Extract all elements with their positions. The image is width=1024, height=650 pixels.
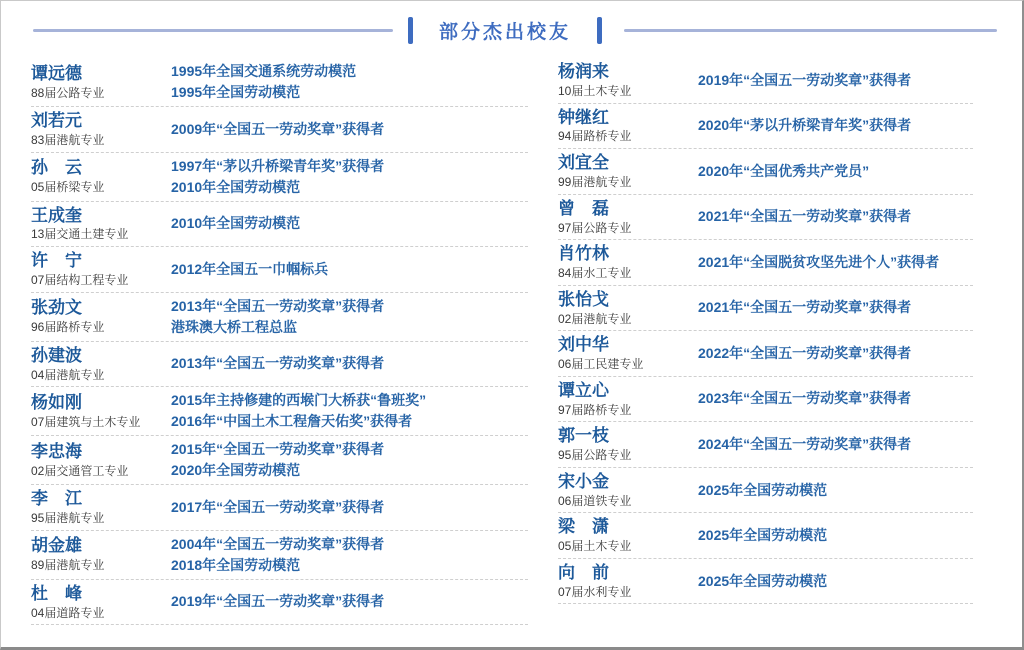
alumni-identity: 张怡戈 02届港航专业 bbox=[558, 289, 698, 328]
alumni-class-major: 07届水利专业 bbox=[558, 585, 698, 601]
achievement-line: 1995年全国劳动模范 bbox=[171, 82, 528, 103]
alumni-class-major: 97届公路专业 bbox=[558, 221, 698, 237]
achievement-line: 2019年“全国五一劳动奖章”获得者 bbox=[171, 591, 528, 612]
alumni-identity: 向 前 07届水利专业 bbox=[558, 562, 698, 601]
alumni-achievements: 2009年“全国五一劳动奖章”获得者 bbox=[171, 119, 528, 140]
alumni-identity: 李忠海 02届交通管工专业 bbox=[31, 441, 171, 480]
alumni-class-major: 07届结构工程专业 bbox=[31, 273, 171, 289]
achievement-line: 2020年“茅以升桥梁青年奖”获得者 bbox=[698, 115, 973, 136]
alumni-achievements: 2012年全国五一巾帼标兵 bbox=[171, 259, 528, 280]
alumni-achievements: 2004年“全国五一劳动奖章”获得者2018年全国劳动模范 bbox=[171, 534, 528, 576]
alumni-class-major: 94届路桥专业 bbox=[558, 129, 698, 145]
header-bar-left bbox=[408, 17, 413, 44]
alumni-identity: 钟继红 94届路桥专业 bbox=[558, 107, 698, 146]
alumni-entry: 杨如刚 07届建筑与土木专业 2015年主持修建的西堠门大桥获“鲁班奖”2016… bbox=[31, 387, 528, 436]
alumni-class-major: 05届土木专业 bbox=[558, 539, 698, 555]
alumni-achievements: 2024年“全国五一劳动奖章”获得者 bbox=[698, 434, 973, 455]
alumni-name: 宋小金 bbox=[558, 471, 698, 494]
alumni-name: 杜 峰 bbox=[31, 583, 171, 606]
achievement-line: 2010年全国劳动模范 bbox=[171, 213, 528, 234]
alumni-achievements: 2020年“茅以升桥梁青年奖”获得者 bbox=[698, 115, 973, 136]
alumni-page: 部分杰出校友 谭远德 88届公路专业 1995年全国交通系统劳动模范1995年全… bbox=[0, 0, 1024, 650]
alumni-class-major: 02届港航专业 bbox=[558, 312, 698, 328]
alumni-achievements: 2015年主持修建的西堠门大桥获“鲁班奖”2016年“中国土木工程詹天佑奖”获得… bbox=[171, 390, 528, 432]
alumni-entry: 张劲文 96届路桥专业 2013年“全国五一劳动奖章”获得者港珠澳大桥工程总监 bbox=[31, 293, 528, 342]
alumni-achievements: 2017年“全国五一劳动奖章”获得者 bbox=[171, 497, 528, 518]
alumni-class-major: 04届港航专业 bbox=[31, 368, 171, 384]
alumni-class-major: 88届公路专业 bbox=[31, 86, 171, 102]
alumni-achievements: 2023年“全国五一劳动奖章”获得者 bbox=[698, 388, 973, 409]
alumni-class-major: 95届港航专业 bbox=[31, 511, 171, 527]
alumni-class-major: 96届路桥专业 bbox=[31, 320, 171, 336]
alumni-name: 刘若元 bbox=[31, 110, 171, 133]
alumni-achievements: 1995年全国交通系统劳动模范1995年全国劳动模范 bbox=[171, 61, 528, 103]
alumni-name: 孙 云 bbox=[31, 157, 171, 180]
alumni-entry: 孙建波 04届港航专业 2013年“全国五一劳动奖章”获得者 bbox=[31, 342, 528, 388]
alumni-identity: 刘若元 83届港航专业 bbox=[31, 110, 171, 149]
achievement-line: 2017年“全国五一劳动奖章”获得者 bbox=[171, 497, 528, 518]
alumni-entry: 向 前 07届水利专业 2025年全国劳动模范 bbox=[558, 559, 973, 605]
alumni-entry: 宋小金 06届道铁专业 2025年全国劳动模范 bbox=[558, 468, 973, 514]
alumni-class-major: 84届水工专业 bbox=[558, 266, 698, 282]
achievement-line: 2010年全国劳动模范 bbox=[171, 177, 528, 198]
alumni-identity: 许 宁 07届结构工程专业 bbox=[31, 250, 171, 289]
alumni-identity: 张劲文 96届路桥专业 bbox=[31, 297, 171, 336]
alumni-identity: 孙建波 04届港航专业 bbox=[31, 345, 171, 384]
alumni-entry: 刘若元 83届港航专业 2009年“全国五一劳动奖章”获得者 bbox=[31, 107, 528, 153]
achievement-line: 2015年主持修建的西堠门大桥获“鲁班奖” bbox=[171, 390, 528, 411]
alumni-achievements: 2022年“全国五一劳动奖章”获得者 bbox=[698, 343, 973, 364]
alumni-class-major: 99届港航专业 bbox=[558, 175, 698, 191]
achievement-line: 2013年“全国五一劳动奖章”获得者 bbox=[171, 296, 528, 317]
alumni-achievements: 2025年全国劳动模范 bbox=[698, 525, 973, 546]
alumni-entry: 钟继红 94届路桥专业 2020年“茅以升桥梁青年奖”获得者 bbox=[558, 104, 973, 150]
achievement-line: 2009年“全国五一劳动奖章”获得者 bbox=[171, 119, 528, 140]
alumni-name: 胡金雄 bbox=[31, 535, 171, 558]
alumni-entry: 张怡戈 02届港航专业 2021年“全国五一劳动奖章”获得者 bbox=[558, 286, 973, 332]
alumni-identity: 杨如刚 07届建筑与土木专业 bbox=[31, 392, 171, 431]
alumni-name: 杨如刚 bbox=[31, 392, 171, 415]
alumni-achievements: 2025年全国劳动模范 bbox=[698, 480, 973, 501]
alumni-class-major: 13届交通土建专业 bbox=[31, 227, 171, 243]
alumni-identity: 肖竹林 84届水工专业 bbox=[558, 243, 698, 282]
alumni-identity: 杨润来 10届土木专业 bbox=[558, 61, 698, 100]
alumni-achievements: 2019年“全国五一劳动奖章”获得者 bbox=[171, 591, 528, 612]
achievement-line: 2015年“全国五一劳动奖章”获得者 bbox=[171, 439, 528, 460]
achievement-line: 2025年全国劳动模范 bbox=[698, 480, 973, 501]
alumni-achievements: 2010年全国劳动模范 bbox=[171, 213, 528, 234]
alumni-name: 许 宁 bbox=[31, 250, 171, 273]
alumni-achievements: 2021年“全国脱贫攻坚先进个人”获得者 bbox=[698, 252, 973, 273]
alumni-column-right: 杨润来 10届土木专业 2019年“全国五一劳动奖章”获得者 钟继红 94届路桥… bbox=[558, 58, 973, 625]
alumni-entry: 李忠海 02届交通管工专业 2015年“全国五一劳动奖章”获得者2020年全国劳… bbox=[31, 436, 528, 485]
alumni-achievements: 2013年“全国五一劳动奖章”获得者 bbox=[171, 353, 528, 374]
alumni-name: 曾 磊 bbox=[558, 198, 698, 221]
alumni-name: 杨润来 bbox=[558, 61, 698, 84]
alumni-class-major: 06届工民建专业 bbox=[558, 357, 698, 373]
alumni-class-major: 07届建筑与土木专业 bbox=[31, 415, 171, 431]
alumni-name: 郭一枝 bbox=[558, 425, 698, 448]
alumni-class-major: 89届港航专业 bbox=[31, 558, 171, 574]
alumni-achievements: 2015年“全国五一劳动奖章”获得者2020年全国劳动模范 bbox=[171, 439, 528, 481]
alumni-identity: 梁 潇 05届土木专业 bbox=[558, 516, 698, 555]
alumni-entry: 刘宜全 99届港航专业 2020年“全国优秀共产党员” bbox=[558, 149, 973, 195]
header-bar-right bbox=[597, 17, 602, 44]
alumni-achievements: 2021年“全国五一劳动奖章”获得者 bbox=[698, 297, 973, 318]
alumni-column-left: 谭远德 88届公路专业 1995年全国交通系统劳动模范1995年全国劳动模范 刘… bbox=[31, 58, 528, 625]
alumni-name: 李忠海 bbox=[31, 441, 171, 464]
alumni-achievements: 1997年“茅以升桥梁青年奖”获得者2010年全国劳动模范 bbox=[171, 156, 528, 198]
alumni-name: 孙建波 bbox=[31, 345, 171, 368]
achievement-line: 2013年“全国五一劳动奖章”获得者 bbox=[171, 353, 528, 374]
alumni-class-major: 02届交通管工专业 bbox=[31, 464, 171, 480]
alumni-class-major: 83届港航专业 bbox=[31, 133, 171, 149]
alumni-identity: 曾 磊 97届公路专业 bbox=[558, 198, 698, 237]
alumni-entry: 肖竹林 84届水工专业 2021年“全国脱贫攻坚先进个人”获得者 bbox=[558, 240, 973, 286]
alumni-entry: 孙 云 05届桥梁专业 1997年“茅以升桥梁青年奖”获得者2010年全国劳动模… bbox=[31, 153, 528, 202]
alumni-identity: 刘中华 06届工民建专业 bbox=[558, 334, 698, 373]
alumni-entry: 许 宁 07届结构工程专业 2012年全国五一巾帼标兵 bbox=[31, 247, 528, 293]
achievement-line: 2022年“全国五一劳动奖章”获得者 bbox=[698, 343, 973, 364]
alumni-class-major: 04届道路专业 bbox=[31, 606, 171, 622]
achievement-line: 2018年全国劳动模范 bbox=[171, 555, 528, 576]
alumni-name: 向 前 bbox=[558, 562, 698, 585]
alumni-class-major: 05届桥梁专业 bbox=[31, 180, 171, 196]
alumni-entry: 李 江 95届港航专业 2017年“全国五一劳动奖章”获得者 bbox=[31, 485, 528, 531]
alumni-name: 谭立心 bbox=[558, 380, 698, 403]
alumni-name: 肖竹林 bbox=[558, 243, 698, 266]
alumni-entry: 谭立心 97届路桥专业 2023年“全国五一劳动奖章”获得者 bbox=[558, 377, 973, 423]
header-rule-left bbox=[33, 29, 393, 32]
alumni-entry: 胡金雄 89届港航专业 2004年“全国五一劳动奖章”获得者2018年全国劳动模… bbox=[31, 531, 528, 580]
alumni-identity: 胡金雄 89届港航专业 bbox=[31, 535, 171, 574]
achievement-line: 2019年“全国五一劳动奖章”获得者 bbox=[698, 70, 973, 91]
achievement-line: 2021年“全国脱贫攻坚先进个人”获得者 bbox=[698, 252, 973, 273]
alumni-identity: 郭一枝 95届公路专业 bbox=[558, 425, 698, 464]
alumni-entry: 曾 磊 97届公路专业 2021年“全国五一劳动奖章”获得者 bbox=[558, 195, 973, 241]
page-title: 部分杰出校友 bbox=[439, 17, 571, 44]
alumni-achievements: 2025年全国劳动模范 bbox=[698, 571, 973, 592]
alumni-name: 张怡戈 bbox=[558, 289, 698, 312]
alumni-identity: 宋小金 06届道铁专业 bbox=[558, 471, 698, 510]
alumni-achievements: 2013年“全国五一劳动奖章”获得者港珠澳大桥工程总监 bbox=[171, 296, 528, 338]
alumni-class-major: 06届道铁专业 bbox=[558, 494, 698, 510]
alumni-name: 王成奎 bbox=[31, 205, 171, 228]
achievement-line: 2020年“全国优秀共产党员” bbox=[698, 161, 973, 182]
alumni-name: 刘中华 bbox=[558, 334, 698, 357]
achievement-line: 1997年“茅以升桥梁青年奖”获得者 bbox=[171, 156, 528, 177]
alumni-identity: 杜 峰 04届道路专业 bbox=[31, 583, 171, 622]
alumni-name: 张劲文 bbox=[31, 297, 171, 320]
alumni-identity: 王成奎 13届交通土建专业 bbox=[31, 205, 171, 244]
achievement-line: 2025年全国劳动模范 bbox=[698, 571, 973, 592]
alumni-identity: 刘宜全 99届港航专业 bbox=[558, 152, 698, 191]
alumni-identity: 孙 云 05届桥梁专业 bbox=[31, 157, 171, 196]
alumni-entry: 郭一枝 95届公路专业 2024年“全国五一劳动奖章”获得者 bbox=[558, 422, 973, 468]
alumni-entry: 刘中华 06届工民建专业 2022年“全国五一劳动奖章”获得者 bbox=[558, 331, 973, 377]
alumni-entry: 杨润来 10届土木专业 2019年“全国五一劳动奖章”获得者 bbox=[558, 58, 973, 104]
achievement-line: 2021年“全国五一劳动奖章”获得者 bbox=[698, 206, 973, 227]
alumni-name: 刘宜全 bbox=[558, 152, 698, 175]
alumni-name: 钟继红 bbox=[558, 107, 698, 130]
achievement-line: 2012年全国五一巾帼标兵 bbox=[171, 259, 528, 280]
achievement-line: 2021年“全国五一劳动奖章”获得者 bbox=[698, 297, 973, 318]
alumni-name: 李 江 bbox=[31, 488, 171, 511]
alumni-achievements: 2020年“全国优秀共产党员” bbox=[698, 161, 973, 182]
alumni-name: 谭远德 bbox=[31, 63, 171, 86]
alumni-entry: 王成奎 13届交通土建专业 2010年全国劳动模范 bbox=[31, 202, 528, 248]
achievement-line: 2023年“全国五一劳动奖章”获得者 bbox=[698, 388, 973, 409]
alumni-entry: 梁 潇 05届土木专业 2025年全国劳动模范 bbox=[558, 513, 973, 559]
alumni-achievements: 2021年“全国五一劳动奖章”获得者 bbox=[698, 206, 973, 227]
section-header: 部分杰出校友 bbox=[1, 15, 1022, 45]
alumni-identity: 谭远德 88届公路专业 bbox=[31, 63, 171, 102]
achievement-line: 2004年“全国五一劳动奖章”获得者 bbox=[171, 534, 528, 555]
alumni-identity: 李 江 95届港航专业 bbox=[31, 488, 171, 527]
alumni-list: 谭远德 88届公路专业 1995年全国交通系统劳动模范1995年全国劳动模范 刘… bbox=[1, 58, 1022, 625]
alumni-class-major: 95届公路专业 bbox=[558, 448, 698, 464]
alumni-entry: 谭远德 88届公路专业 1995年全国交通系统劳动模范1995年全国劳动模范 bbox=[31, 58, 528, 107]
achievement-line: 2025年全国劳动模范 bbox=[698, 525, 973, 546]
achievement-line: 1995年全国交通系统劳动模范 bbox=[171, 61, 528, 82]
achievement-line: 港珠澳大桥工程总监 bbox=[171, 317, 528, 338]
achievement-line: 2020年全国劳动模范 bbox=[171, 460, 528, 481]
alumni-class-major: 97届路桥专业 bbox=[558, 403, 698, 419]
alumni-identity: 谭立心 97届路桥专业 bbox=[558, 380, 698, 419]
achievement-line: 2016年“中国土木工程詹天佑奖”获得者 bbox=[171, 411, 528, 432]
alumni-name: 梁 潇 bbox=[558, 516, 698, 539]
header-rule-right bbox=[624, 29, 997, 32]
achievement-line: 2024年“全国五一劳动奖章”获得者 bbox=[698, 434, 973, 455]
alumni-class-major: 10届土木专业 bbox=[558, 84, 698, 100]
alumni-achievements: 2019年“全国五一劳动奖章”获得者 bbox=[698, 70, 973, 91]
alumni-entry: 杜 峰 04届道路专业 2019年“全国五一劳动奖章”获得者 bbox=[31, 580, 528, 626]
